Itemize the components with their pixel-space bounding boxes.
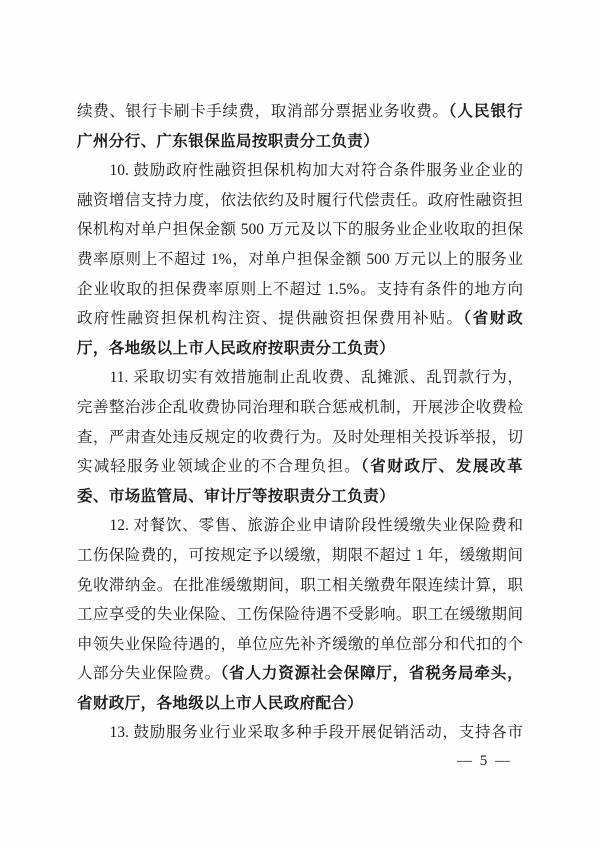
body-text: 续费、银行卡刷卡手续费，取消部分票据业务收费。 — [77, 103, 449, 120]
body-text: 人部分失业保险费。 — [77, 665, 221, 682]
body-text: 11. 采取切实有效措施制止乱收费、乱摊派、乱罚款行为， — [77, 369, 523, 386]
body-text: 工应享受的失业保险、工伤保险待遇不受影响。职工在缓缴期间 — [77, 606, 523, 623]
body-text: 申领失业保险待遇的，单位应先补齐缓缴的单位部分和代扣的个 — [77, 636, 523, 653]
body-text: 融资增信支持力度，依法依约及时履行代偿责任。政府性融资担 — [77, 192, 523, 209]
body-text: 12. 对餐饮、零售、旅游企业申请阶段性缓缴失业保险费和 — [77, 517, 523, 534]
attribution-text: 广州分行、广东银保监局按职责分工负责） — [77, 133, 379, 150]
attribution-text: 委、市场监管局、审计厅等按职责分工负责） — [77, 488, 395, 505]
text-line: 工伤保险费的，可按规定予以缓缴，期限不超过 1 年，缓缴期间 — [77, 541, 523, 571]
page-number: — 5 — — [457, 752, 512, 770]
text-line: 免收滞纳金。在批准缓缴期间，职工相关缴费年限连续计算，职 — [77, 571, 523, 601]
body-text: 完善整治涉企乱收费协同治理和联合惩戒机制，开展涉企收费检 — [77, 399, 523, 416]
text-line: 13. 鼓励服务业行业采取多种手段开展促销活动，支持各市 — [77, 718, 523, 748]
document-body: 续费、银行卡刷卡手续费，取消部分票据业务收费。（人民银行广州分行、广东银保监局按… — [77, 97, 523, 748]
attribution-text: （省财政厅、发展改革 — [361, 458, 523, 475]
body-text: 免收滞纳金。在批准缓缴期间，职工相关缴费年限连续计算，职 — [77, 577, 523, 594]
text-line: 人部分失业保险费。（省人力资源社会保障厅，省税务局牵头， — [77, 659, 523, 689]
body-text: 费率原则上不超过 1%，对单户担保金额 500 万元以上的服务业 — [77, 251, 523, 268]
text-line: 费率原则上不超过 1%，对单户担保金额 500 万元以上的服务业 — [77, 245, 523, 275]
body-text: 工伤保险费的，可按规定予以缓缴，期限不超过 1 年，缓缴期间 — [77, 547, 523, 564]
text-line: 委、市场监管局、审计厅等按职责分工负责） — [77, 482, 523, 512]
text-line: 实减轻服务业领域企业的不合理负担。（省财政厅、发展改革 — [77, 452, 523, 482]
text-line: 工应享受的失业保险、工伤保险待遇不受影响。职工在缓缴期间 — [77, 600, 523, 630]
text-line: 广州分行、广东银保监局按职责分工负责） — [77, 127, 523, 157]
attribution-text: （人民银行 — [449, 103, 523, 120]
scanned-document-page: 续费、银行卡刷卡手续费，取消部分票据业务收费。（人民银行广州分行、广东银保监局按… — [0, 0, 600, 848]
body-text: 企业收取的担保费率原则上不超过 1.5%。支持有条件的地方向 — [77, 281, 523, 298]
text-line: 省财政厅，各地级以上市人民政府配合） — [77, 689, 523, 719]
text-line: 融资增信支持力度，依法依约及时履行代偿责任。政府性融资担 — [77, 186, 523, 216]
body-text: 10. 鼓励政府性融资担保机构加大对符合条件服务业企业的 — [77, 162, 523, 179]
attribution-text: 省财政厅，各地级以上市人民政府配合） — [77, 695, 363, 712]
text-line: 保机构对单户担保金额 500 万元及以下的服务业企业收取的担保 — [77, 215, 523, 245]
body-text: 保机构对单户担保金额 500 万元及以下的服务业企业收取的担保 — [77, 221, 523, 238]
text-line: 厅，各地级以上市人民政府按职责分工负责） — [77, 334, 523, 364]
text-line: 查，严肃查处违反规定的收费行为。及时处理相关投诉举报，切 — [77, 423, 523, 453]
body-text: 13. 鼓励服务业行业采取多种手段开展促销活动，支持各市 — [77, 724, 523, 741]
body-text: 实减轻服务业领域企业的不合理负担。 — [77, 458, 361, 475]
text-line: 企业收取的担保费率原则上不超过 1.5%。支持有条件的地方向 — [77, 275, 523, 305]
body-text: 查，严肃查处违反规定的收费行为。及时处理相关投诉举报，切 — [77, 429, 523, 446]
text-line: 续费、银行卡刷卡手续费，取消部分票据业务收费。（人民银行 — [77, 97, 523, 127]
text-line: 政府性融资担保机构注资、提供融资担保费用补贴。（省财政 — [77, 304, 523, 334]
text-line: 申领失业保险待遇的，单位应先补齐缓缴的单位部分和代扣的个 — [77, 630, 523, 660]
body-text: 政府性融资担保机构注资、提供融资担保费用补贴。 — [77, 310, 463, 327]
text-line: 12. 对餐饮、零售、旅游企业申请阶段性缓缴失业保险费和 — [77, 511, 523, 541]
text-line: 完善整治涉企乱收费协同治理和联合惩戒机制，开展涉企收费检 — [77, 393, 523, 423]
attribution-text: （省财政 — [463, 310, 523, 327]
attribution-text: （省人力资源社会保障厅，省税务局牵头， — [221, 665, 523, 682]
text-line: 11. 采取切实有效措施制止乱收费、乱摊派、乱罚款行为， — [77, 363, 523, 393]
attribution-text: 厅，各地级以上市人民政府按职责分工负责） — [77, 340, 395, 357]
text-line: 10. 鼓励政府性融资担保机构加大对符合条件服务业企业的 — [77, 156, 523, 186]
